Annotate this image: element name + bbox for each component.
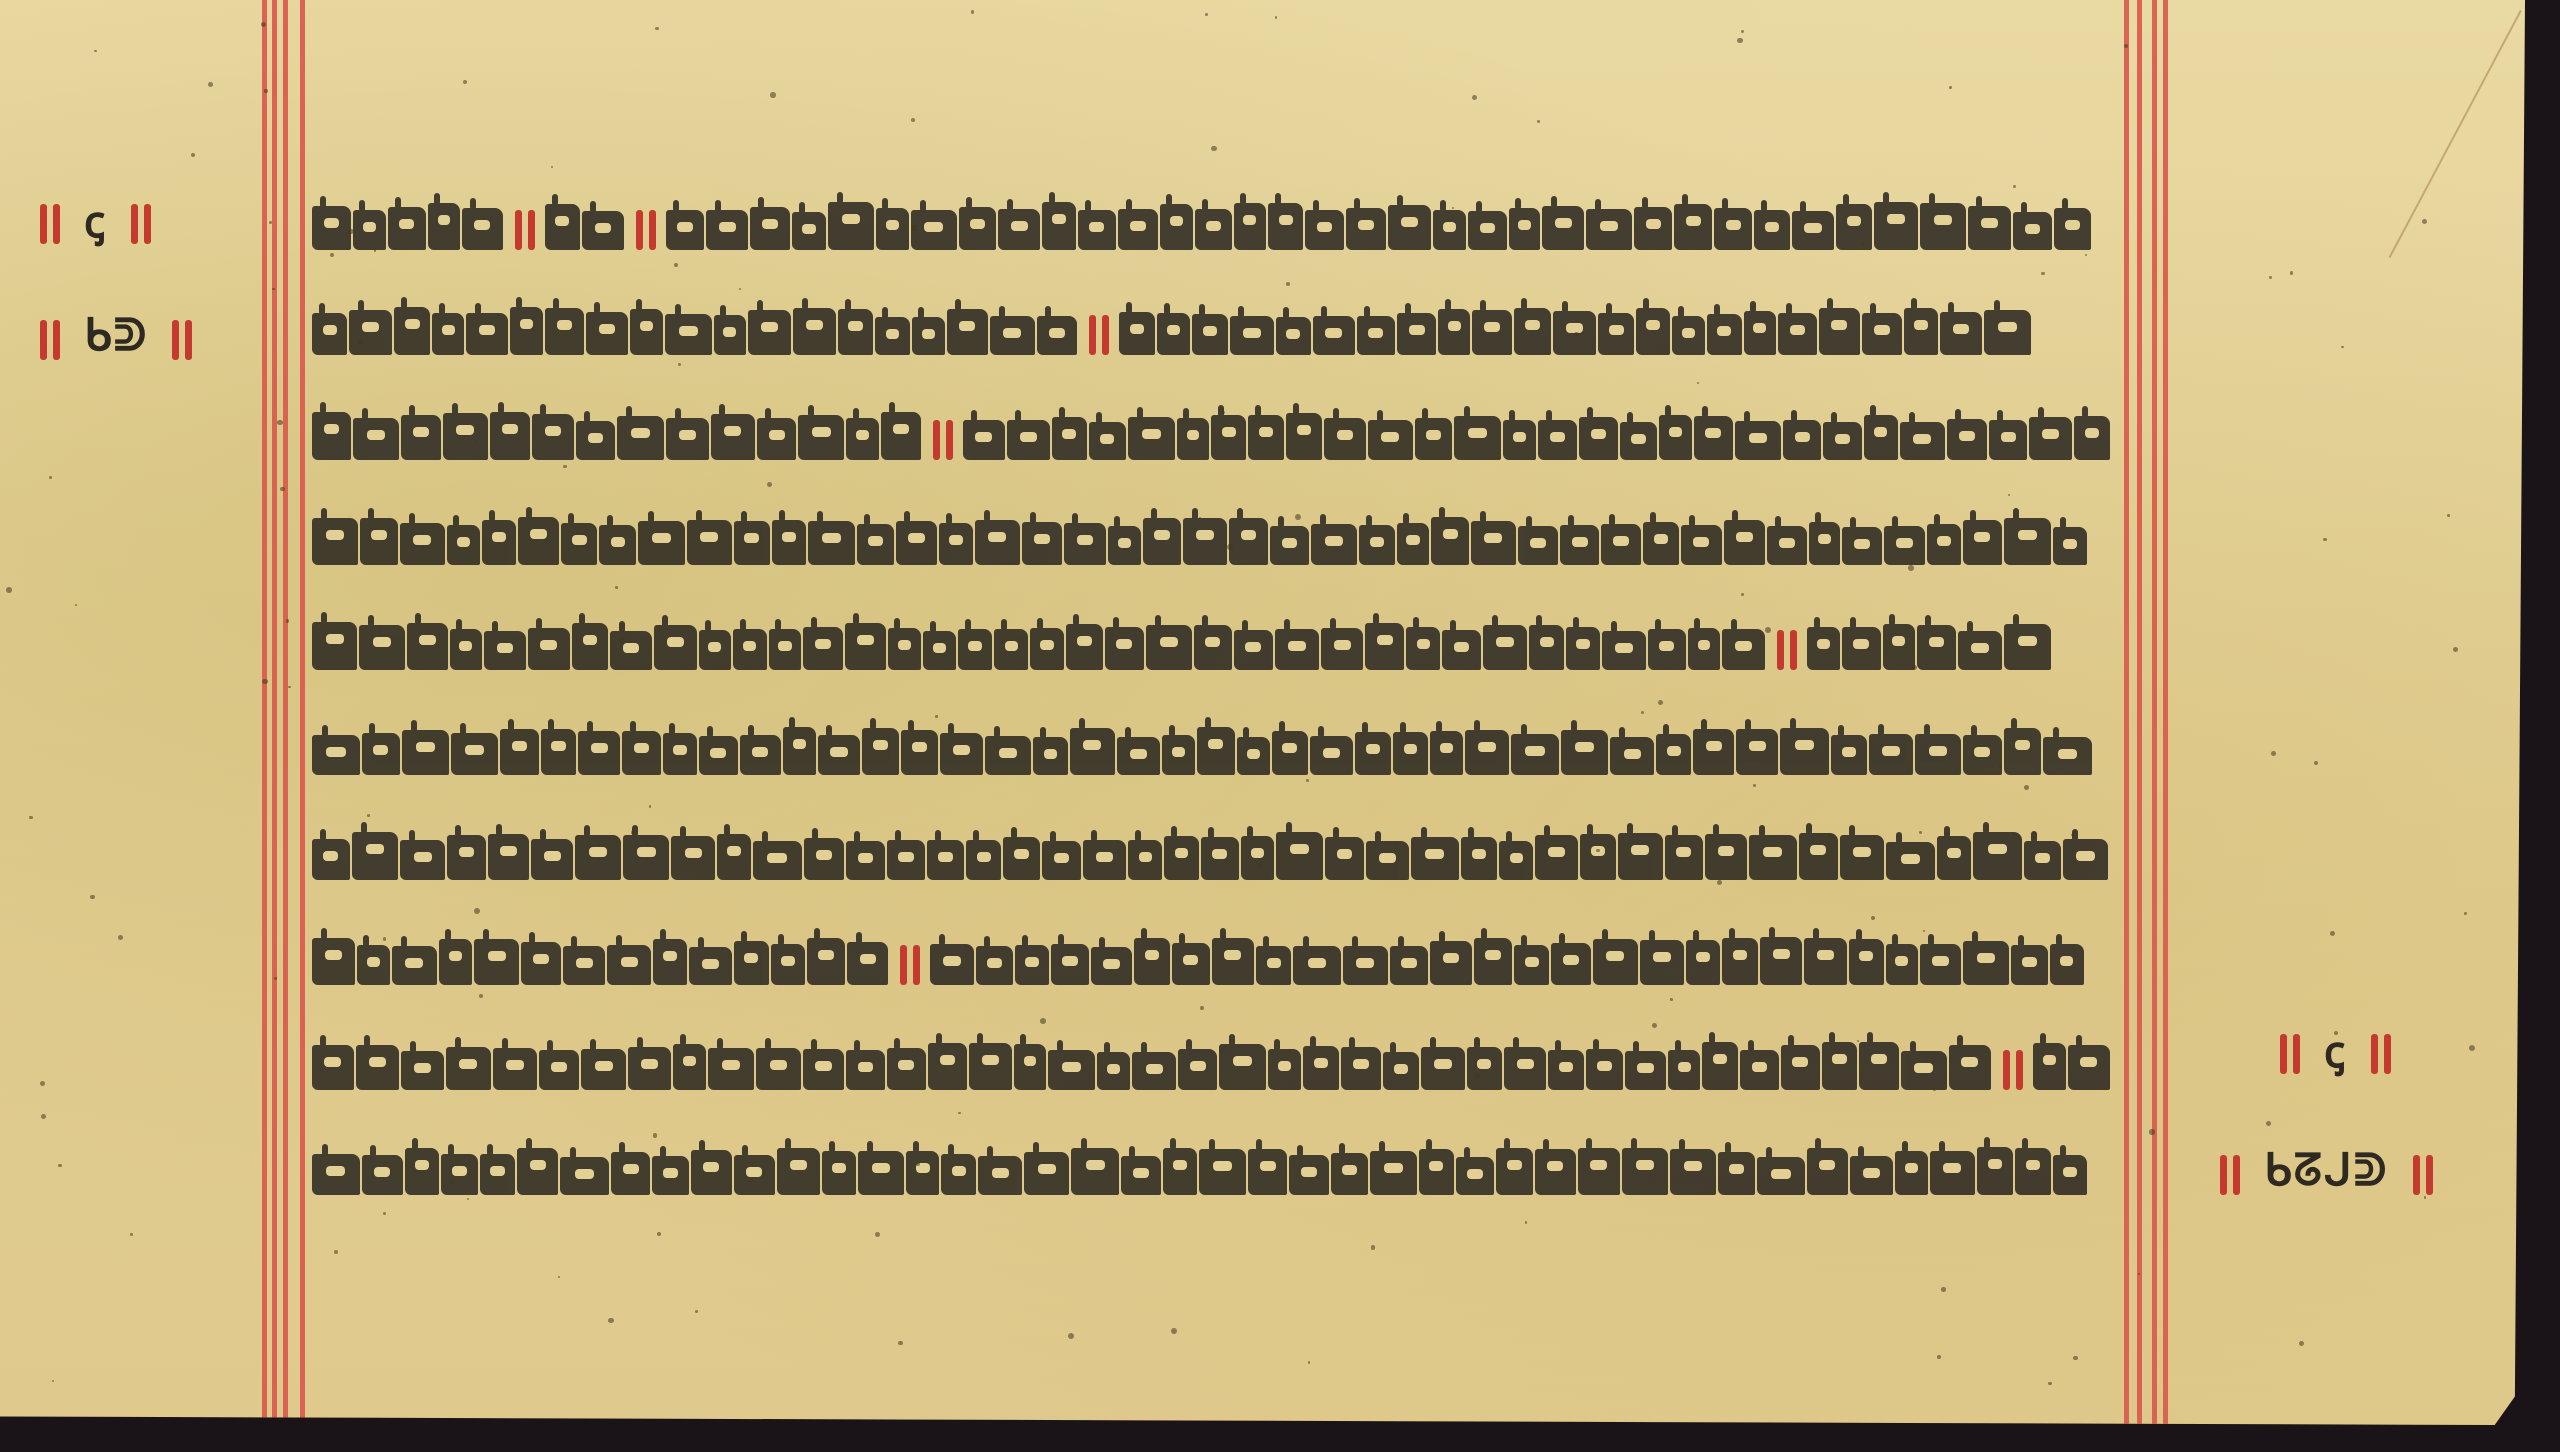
script-glyph [1472,310,1511,355]
paper-speck [875,1232,880,1237]
script-glyph [1781,1045,1820,1090]
paper-speck [1765,627,1771,633]
script-glyph [312,518,358,565]
manuscript-line [312,505,2112,565]
script-glyph [1989,420,2026,460]
script-glyph [1091,947,1132,985]
script-glyph [963,420,1005,460]
red-danda-mark [900,937,920,985]
script-glyph [966,840,1001,880]
script-glyph [2004,518,2051,565]
script-glyph [978,1156,1022,1195]
script-glyph [1014,1044,1046,1090]
paper-speck [2323,538,2326,541]
script-glyph [1042,202,1076,250]
script-glyph [1804,938,1847,985]
script-glyph [356,1045,400,1090]
paper-speck [272,288,275,291]
script-glyph [401,1051,443,1090]
script-glyph [531,839,573,880]
script-glyph [1586,209,1632,250]
paper-crease [2389,10,2522,258]
script-glyph [1128,840,1162,880]
script-glyph [2063,839,2109,880]
script-glyph [1636,308,1669,355]
paper-speck [2314,761,2318,765]
script-glyph [1754,210,1789,250]
paper-speck [1171,1328,1177,1334]
script-glyph [539,1050,579,1090]
script-glyph [1415,418,1452,460]
script-glyph [1503,420,1536,460]
script-glyph [1431,517,1468,565]
script-glyph [923,631,956,670]
script-glyph [628,1047,671,1090]
script-glyph [1920,944,1961,985]
script-glyph [666,418,708,460]
paper-speck [1641,711,1644,714]
script-glyph [990,316,1035,355]
script-glyph [1819,308,1860,355]
red-danda-mark [515,202,535,250]
script-glyph [1705,834,1747,880]
script-glyph [2053,1155,2087,1195]
paper-speck [2041,272,2045,276]
script-glyph [1930,1151,1975,1195]
script-glyph [1471,521,1516,565]
right-margin-label-lower: ᑲᘔᒍᕲ folio number / title (lower) [2210,1145,2443,1196]
script-glyph [1393,732,1427,775]
script-glyph [1560,525,1599,565]
script-glyph [439,939,473,985]
script-glyph [1602,631,1646,670]
script-glyph [1643,522,1679,565]
script-glyph [1192,314,1228,355]
script-glyph [652,1156,689,1195]
script-glyph [708,1048,754,1090]
script-glyph [1586,1049,1623,1090]
script-glyph [930,944,974,986]
left-margin-rule [283,0,288,1425]
script-glyph [1767,526,1807,565]
script-glyph [1022,522,1062,565]
paper-speck [935,715,937,717]
script-glyph [1963,735,2002,775]
script-glyph [875,317,910,355]
script-glyph [1714,208,1752,250]
script-glyph [803,627,843,670]
script-glyph [1483,625,1527,670]
script-glyph [1874,202,1919,250]
paper-speck [1941,1287,1946,1292]
paper-speck [1670,998,1672,1000]
script-glyph [1895,1151,1928,1195]
paper-speck [286,619,289,622]
script-glyph [1268,1049,1301,1090]
paper-speck [1211,146,1217,152]
script-glyph [711,414,755,460]
paper-speck [1596,849,1599,852]
script-glyph [862,728,899,775]
script-glyph [1668,1050,1700,1090]
script-glyph [581,1049,626,1090]
script-glyph [1051,944,1089,985]
script-glyph [1514,945,1549,985]
script-glyph [1105,627,1144,670]
script-glyph [911,210,957,250]
script-glyph [1343,946,1388,985]
script-glyph [2011,945,2048,985]
script-glyph [940,733,983,775]
script-glyph [1083,840,1127,880]
paper-speck [2341,346,2343,348]
script-glyph [1146,625,1192,670]
right-margin-rule [2152,0,2157,1425]
red-danda-mark [2280,1026,2300,1074]
script-glyph [941,1154,976,1195]
script-glyph [1842,527,1881,565]
script-glyph [1118,209,1158,250]
script-glyph [1370,1151,1417,1195]
script-glyph [994,629,1028,670]
paper-speck [330,253,334,257]
script-glyph [1438,309,1470,355]
paper-speck [2048,1382,2052,1386]
script-glyph [586,312,627,355]
script-glyph [1430,941,1471,985]
script-glyph [1977,1147,2013,1195]
script-glyph [630,309,664,355]
script-glyph [1901,1051,1947,1090]
paper-speck [479,994,483,998]
script-glyph [1736,729,1778,775]
script-glyph [1722,938,1758,985]
script-glyph [1234,630,1273,671]
paper-speck [649,805,652,808]
script-glyph [1580,834,1616,880]
script-glyph [1359,525,1395,565]
script-glyph [1042,841,1080,880]
script-glyph [1357,316,1395,355]
script-glyph [1313,316,1355,355]
paper-speck [2290,271,2293,274]
script-glyph [1433,210,1466,250]
script-glyph [1958,631,2002,670]
script-glyph [1275,629,1319,670]
red-danda-mark [636,202,656,250]
script-glyph [563,946,606,985]
script-glyph [312,938,355,985]
script-glyph [653,939,687,985]
paper-speck [655,27,659,31]
paper-speck [767,482,772,487]
script-glyph [1648,629,1686,670]
paper-speck [1308,1361,1311,1364]
paper-speck [1658,700,1663,705]
script-glyph [1212,938,1254,985]
script-glyph [1256,946,1291,985]
script-glyph [357,945,390,985]
paper-speck [971,10,975,14]
paper-speck [118,935,124,941]
manuscript-line [312,190,2112,250]
script-glyph [1097,1052,1131,1090]
script-glyph [1199,1149,1246,1195]
red-danda-mark [1777,622,1797,670]
script-glyph [1722,629,1765,670]
script-glyph [1078,210,1116,250]
paper-speck [474,908,480,914]
script-glyph [804,838,844,880]
script-glyph [482,520,516,565]
paper-speck [2024,785,2029,790]
script-glyph [1268,203,1303,250]
script-glyph [400,840,445,880]
script-glyph [312,313,347,355]
script-glyph [1368,420,1413,460]
script-glyph [958,629,992,670]
paper-speck [90,895,95,900]
script-glyph [622,731,660,775]
paper-speck [1741,593,1744,596]
script-glyph [312,412,351,460]
paper-speck [58,1164,62,1168]
script-glyph [772,520,806,565]
red-danda-mark [2220,1147,2240,1195]
script-glyph [1461,837,1498,880]
script-glyph [671,836,715,880]
script-glyph [1509,208,1541,250]
paper-speck [2469,1045,2475,1051]
script-glyph [517,1148,558,1195]
script-glyph [807,938,846,985]
manuscript-line [312,715,2112,775]
paper-speck [29,816,33,820]
script-glyph [1237,737,1270,775]
script-glyph [2053,527,2088,565]
script-glyph [666,210,705,250]
script-glyph [792,212,826,251]
left-margin-label-upper: ꞔ folio marker (upper) [30,190,161,250]
script-glyph [1672,316,1705,355]
script-glyph [1366,841,1409,880]
paper-speck [1949,86,1952,89]
paper-speck [678,363,681,366]
paper-speck [1908,565,1914,571]
paper-speck [2330,931,2335,936]
paper-speck [130,1233,133,1236]
script-glyph [1157,313,1190,355]
script-glyph [803,1049,844,1090]
script-glyph [1963,941,2009,985]
script-glyph [828,202,874,250]
script-glyph [1963,520,2002,565]
paper-speck [1933,1088,1935,1090]
script-glyph [845,623,885,670]
script-glyph [1071,1148,1119,1195]
script-glyph [1850,1156,1893,1195]
script-glyph [611,1152,650,1195]
script-glyph [1968,206,2011,250]
paper-speck [1652,1023,1657,1028]
paper-speck [2464,912,2467,915]
script-glyph [1551,943,1591,985]
script-glyph [1886,944,1918,985]
script-glyph [518,517,559,565]
script-glyph [493,1048,537,1090]
script-glyph [1915,734,1961,775]
script-glyph [1468,211,1506,250]
red-danda-mark [2371,1026,2391,1074]
paper-speck [288,686,291,689]
script-glyph [405,1148,439,1195]
script-glyph [2074,416,2110,460]
paper-speck [2013,185,2016,188]
paper-speck [1717,880,1722,885]
margin-glyph: ꞔ [84,190,107,250]
script-glyph [1163,1148,1197,1195]
script-glyph [699,736,738,775]
script-glyph [532,414,574,460]
script-glyph [1007,420,1050,460]
script-glyph [1665,835,1703,880]
paper-speck [1753,784,1756,787]
paper-speck [2085,254,2087,256]
left-margin-rule [262,0,267,1425]
script-glyph [912,317,945,355]
script-glyph [887,840,926,881]
script-glyph [881,412,920,460]
script-glyph [1593,939,1638,985]
script-glyph [1504,1047,1546,1090]
script-glyph [985,736,1031,775]
manuscript-folio: ꞔ folio marker (upper) ᑲᕲ folio marker (… [0,0,2525,1425]
script-glyph [352,832,398,880]
script-glyph [976,946,1013,985]
script-glyph [490,412,531,460]
paper-speck [558,1276,560,1278]
script-glyph [607,945,651,985]
manuscript-line [312,1030,2112,1090]
paper-speck [49,476,52,479]
script-glyph [1033,737,1068,775]
paper-speck [1474,1073,1480,1079]
script-glyph [2004,624,2051,670]
paper-speck [1574,332,1579,337]
script-glyph [1984,310,2030,355]
script-glyph [1121,1156,1161,1195]
script-glyph [353,418,399,460]
paper-speck [1697,382,1699,384]
script-glyph [1535,1149,1575,1195]
script-glyph [1529,625,1564,670]
red-danda-mark [40,196,60,244]
script-glyph [1842,627,1881,670]
script-glyph [1397,313,1437,355]
script-glyph [407,623,448,670]
paper-speck [41,1114,46,1119]
paper-speck [463,80,467,84]
paper-speck [911,118,915,122]
script-glyph [312,1045,354,1090]
script-glyph [312,206,351,250]
script-glyph [1310,736,1353,775]
paper-speck [1919,831,1922,834]
script-glyph [2054,208,2090,250]
paper-speck [2422,219,2428,225]
red-danda-mark [1089,307,1109,355]
script-glyph [312,735,360,775]
script-glyph [689,947,732,985]
script-glyph [1900,422,1945,460]
script-glyph [793,308,835,355]
script-glyph [1325,837,1364,880]
script-glyph [1411,837,1459,880]
script-glyph [1164,836,1198,880]
paper-speck [657,1232,661,1236]
script-glyph [818,735,861,775]
script-glyph [1904,308,1938,355]
script-glyph [1248,1149,1287,1195]
paper-speck [2453,647,2459,653]
script-glyph [402,730,449,775]
margin-glyph: ᑲᕲ [84,310,148,361]
paper-speck [2447,514,2450,517]
script-glyph [599,525,636,565]
paper-speck [1472,95,1477,100]
script-glyph [1548,1050,1583,1090]
script-glyph [462,208,502,250]
script-glyph [691,1150,731,1195]
script-glyph [1694,416,1733,460]
script-glyph [1514,308,1551,355]
script-glyph [1681,525,1722,565]
script-glyph [1496,1148,1533,1195]
script-glyph [610,631,651,670]
paper-speck [911,225,916,230]
script-glyph [663,733,697,775]
paper-speck [1068,1333,1074,1339]
script-glyph [846,418,879,460]
paper-speck [1537,120,1540,123]
script-glyph [969,1043,1012,1090]
script-glyph [1799,833,1838,880]
script-glyph [1809,522,1841,565]
script-glyph [1089,422,1126,460]
script-glyph [572,623,609,670]
script-glyph [2043,737,2091,775]
script-glyph [947,309,987,355]
script-glyph [1406,627,1440,670]
script-glyph [1792,211,1835,250]
script-glyph [2024,841,2061,880]
paper-speck [1040,1018,1046,1024]
script-glyph [1518,526,1559,565]
script-glyph [1778,313,1817,355]
script-glyph [1183,518,1227,565]
paper-speck [1937,1355,1941,1359]
script-glyph [777,1148,820,1195]
script-glyph [560,1157,608,1195]
paper-speck [334,1250,338,1254]
script-glyph [443,413,487,460]
script-glyph [1108,526,1141,565]
manuscript-line [312,1135,2112,1195]
manuscript-line [312,295,2112,355]
script-glyph [1744,311,1776,355]
paper-speck [739,288,742,291]
script-glyph [1064,523,1106,565]
